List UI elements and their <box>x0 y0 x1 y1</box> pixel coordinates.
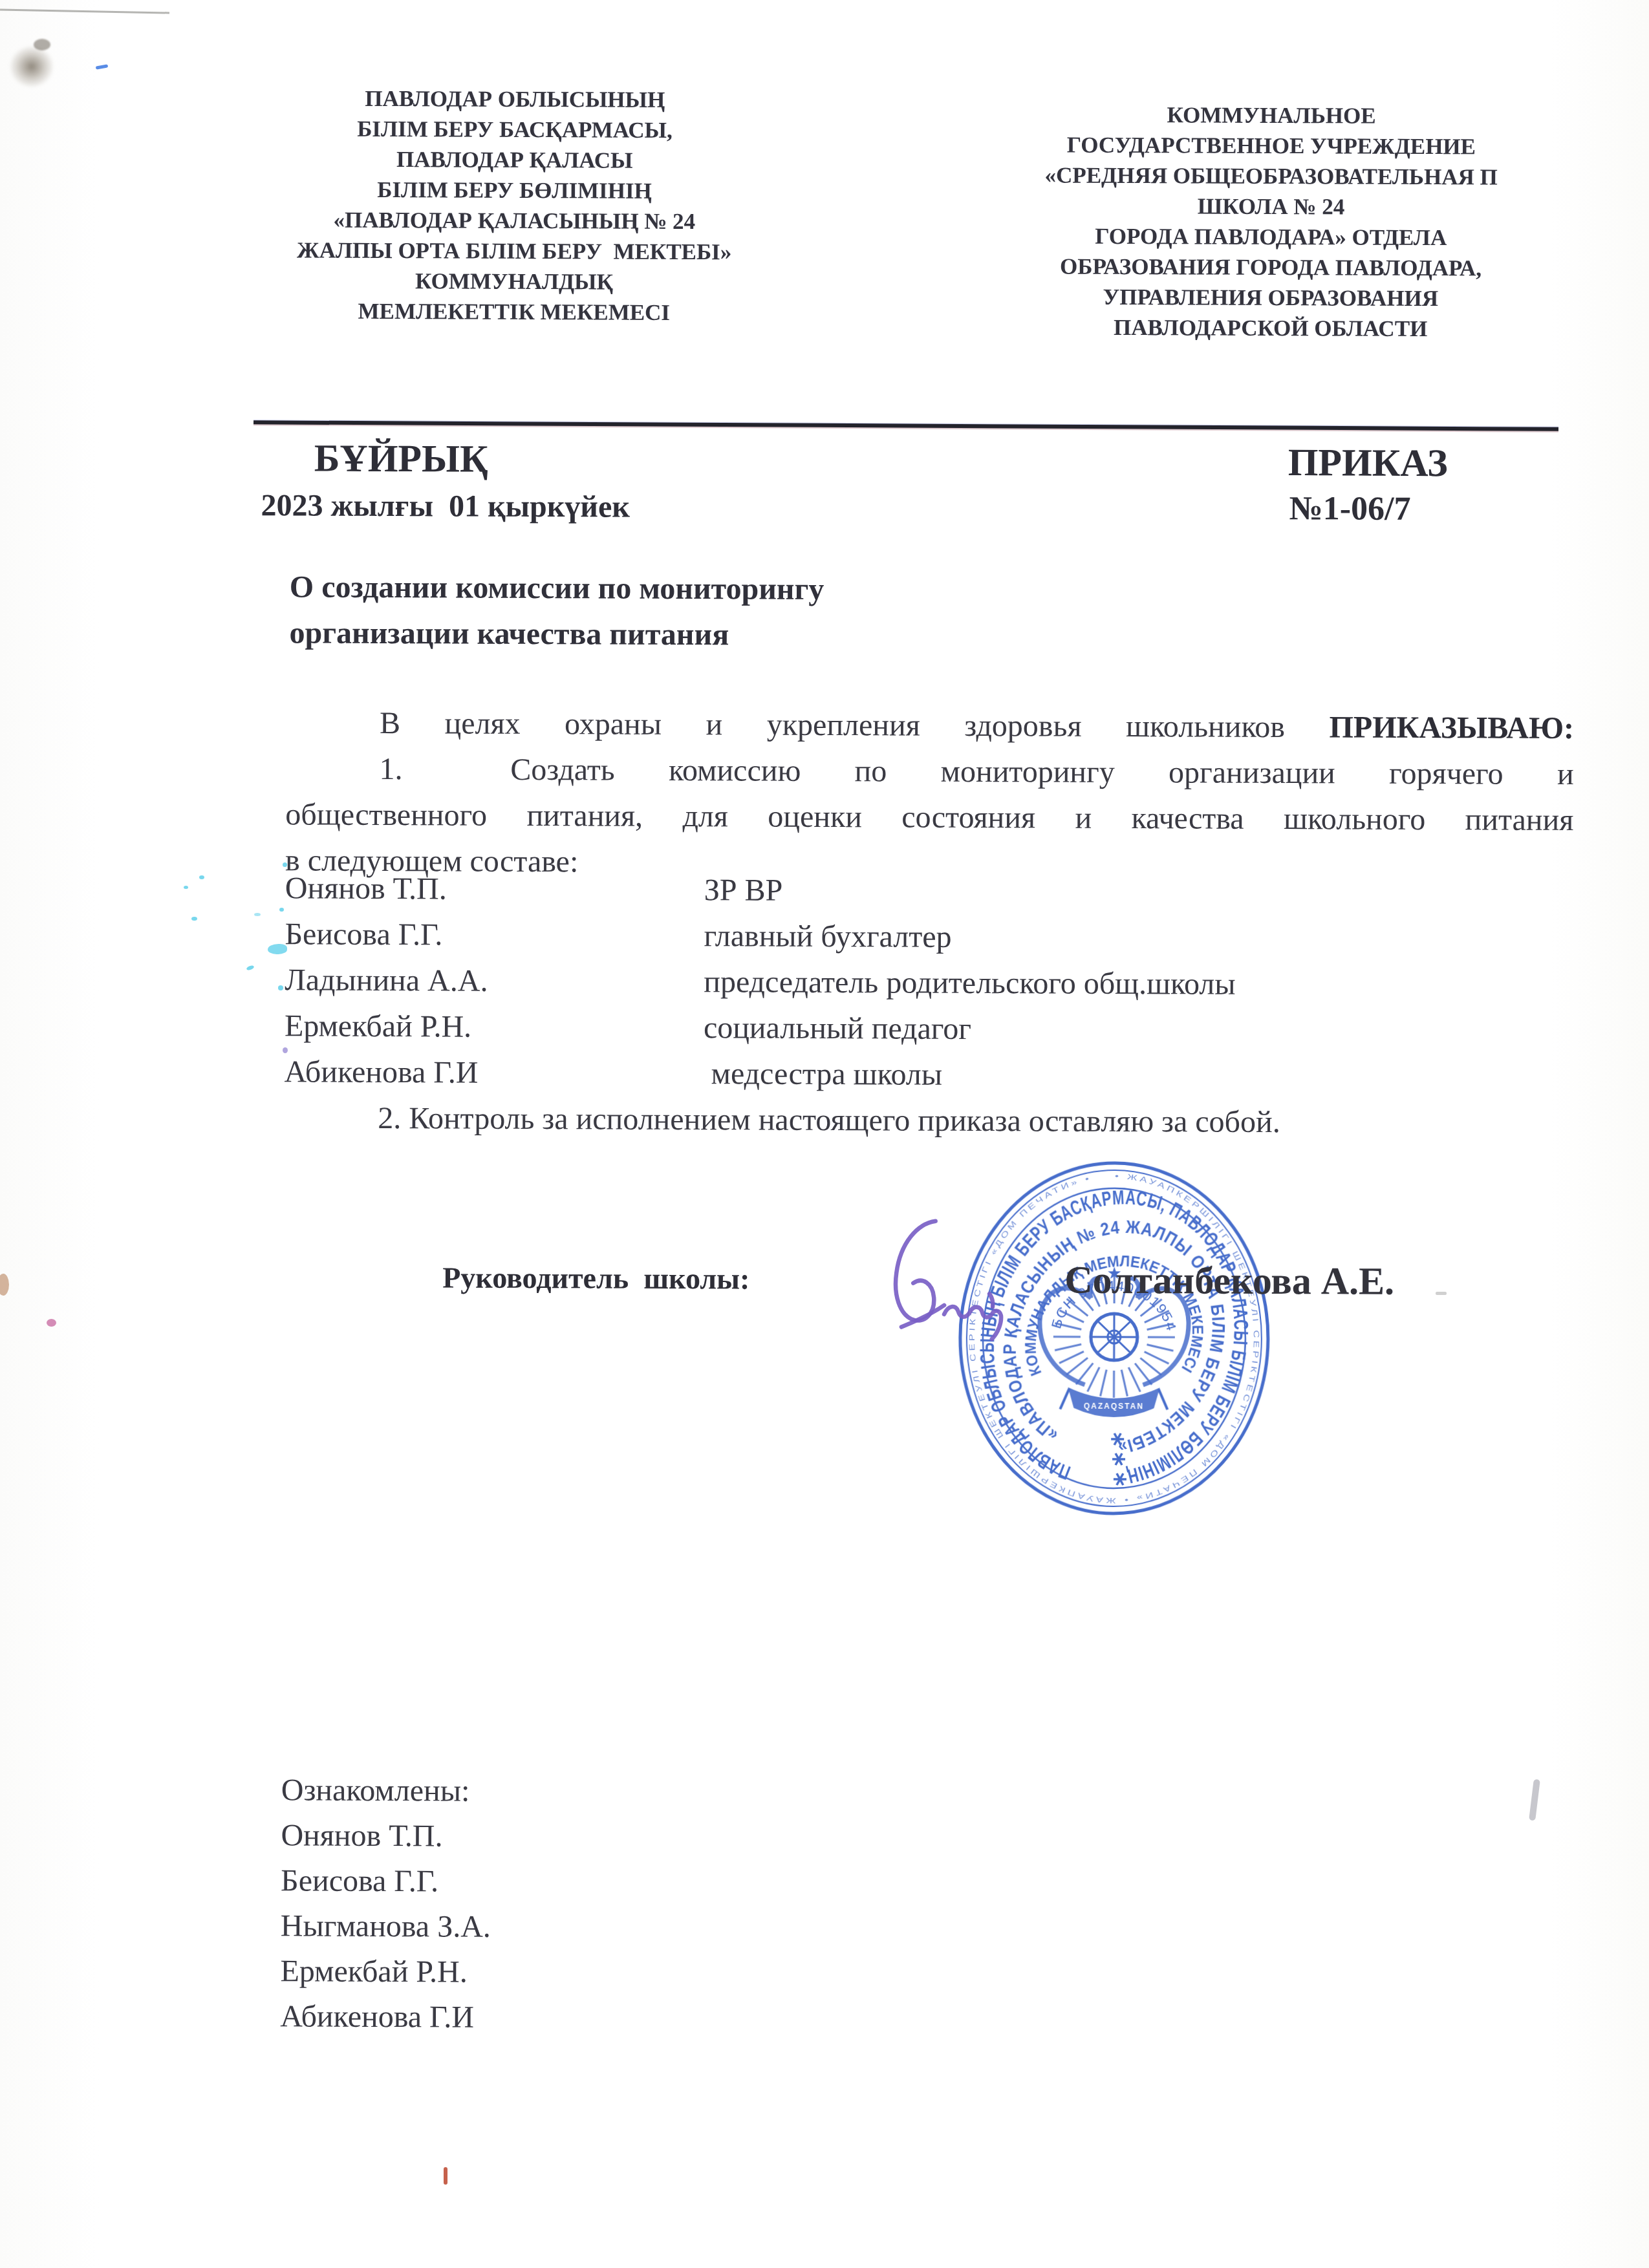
signature-stroke <box>944 1307 1001 1339</box>
subject-line: организации качества питания <box>289 610 1259 660</box>
letterhead-line: ЖАЛПЫ ОРТА БІЛІМ БЕРУ МЕКТЕБІ» <box>259 235 770 267</box>
body-text: В целях охраны и укрепления здоровья шко… <box>380 706 1330 744</box>
letterhead-line: БІЛІМ БЕРУ БАСҚАРМАСЫ, <box>259 113 770 145</box>
letterhead-line: КОММУНАЛЬНОЕ <box>984 99 1559 132</box>
order-point-2: 2. Контроль за исполнением настоящего пр… <box>284 1095 1572 1146</box>
letterhead-line: КОММУНАЛДЫҚ <box>259 265 770 297</box>
letterhead-line: «СРЕДНЯЯ ОБЩЕОБРАЗОВАТЕЛЬНАЯ П <box>984 160 1559 193</box>
acknowledged-name: Беисова Г.Г. <box>281 1858 491 1904</box>
handwritten-signature <box>863 1215 1025 1355</box>
letterhead-russian: КОММУНАЛЬНОЕ ГОСУДАРСТВЕННОЕ УЧРЕЖДЕНИЕ … <box>983 99 1560 345</box>
member-role: председатель родительского общ.школы <box>704 959 1236 1007</box>
member-name: Абикенова Г.И <box>284 1049 703 1097</box>
commission-list: Онянов Т.П. ЗР ВР Беисова Г.Г. главный б… <box>284 865 1579 1100</box>
order-title-russian: ПРИКАЗ <box>1288 440 1448 486</box>
member-name: Онянов Т.П. <box>285 865 704 913</box>
acknowledged-title: Ознакомлены: <box>281 1768 491 1813</box>
member-role: главный бухгалтер <box>704 913 951 960</box>
order-number: №1-06/7 <box>1289 489 1410 528</box>
signature-stroke <box>989 1294 993 1307</box>
letterhead-line: ГОРОДА ПАВЛОДАРА» ОТДЕЛА <box>983 220 1558 253</box>
acknowledged-name: Онянов Т.П. <box>281 1813 491 1859</box>
letterhead-line: ГОСУДАРСТВЕННОЕ УЧРЕЖДЕНИЕ <box>984 129 1559 162</box>
commission-row: Онянов Т.П. ЗР ВР <box>285 865 1579 917</box>
emblem-caption: QAZAQSTAN <box>1084 1402 1144 1411</box>
commission-row: Беисова Г.Г. главный бухгалтер <box>285 911 1578 963</box>
body-line: общественного питания, для оценки состоя… <box>285 791 1573 843</box>
order-subject: О создании комиссии по мониторингу орган… <box>289 564 1260 660</box>
body-line: 1. Создать комиссию по мониторингу орган… <box>286 745 1574 797</box>
letterhead-line: ПАВЛОДАРСКОЙ ОБЛАСТИ <box>983 312 1558 345</box>
body-line: В целях охраны и укрепления здоровья шко… <box>286 700 1574 751</box>
member-name: Ермекбай Р.Н. <box>285 1003 704 1051</box>
letterhead-line: УПРАВЛЕНИЯ ОБРАЗОВАНИЯ <box>983 281 1558 314</box>
document-content: ПАВЛОДАР ОБЛЫСЫНЫҢ БІЛІМ БЕРУ БАСҚАРМАСЫ… <box>0 0 1649 2268</box>
member-name: Беисова Г.Г. <box>285 911 704 959</box>
acknowledged-name: Ермекбай Р.Н. <box>280 1949 490 1995</box>
letterhead-line: ПАВЛОДАР ОБЛЫСЫНЫҢ <box>259 83 770 115</box>
member-role: социальный педагог <box>704 1005 971 1052</box>
member-role: ЗР ВР <box>704 867 783 914</box>
letterhead-line: ОБРАЗОВАНИЯ ГОРОДА ПАВЛОДАРА, <box>983 251 1558 284</box>
letterhead-line: МЕМЛЕКЕТТІК МЕКЕМЕСІ <box>259 295 770 328</box>
horizontal-rule <box>253 420 1558 431</box>
commission-row: Ладынина А.А. председатель родительского… <box>285 957 1578 1009</box>
signature-label: Руководитель школы: <box>442 1260 749 1296</box>
acknowledged-name: Ныгманова З.А. <box>281 1903 491 1949</box>
order-date: 2023 жылғы 01 қыркүйек <box>261 487 630 524</box>
letterhead-line: «ПАВЛОДАР ҚАЛАСЫНЫҢ № 24 <box>259 204 770 237</box>
letterhead-line: ШКОЛА № 24 <box>983 190 1558 223</box>
commission-row: Ермекбай Р.Н. социальный педагог <box>285 1003 1578 1054</box>
letterhead-kazakh: ПАВЛОДАР ОБЛЫСЫНЫҢ БІЛІМ БЕРУ БАСҚАРМАСЫ… <box>259 83 771 328</box>
director-name: Солтанбекова А.Е. <box>1064 1258 1394 1304</box>
letterhead-line: ПАВЛОДАР ҚАЛАСЫ <box>259 144 770 176</box>
signature-stroke <box>896 1221 936 1320</box>
letterhead-line: БІЛІМ БЕРУ БӨЛІМІНІҢ <box>259 174 770 206</box>
commission-row: Абикенова Г.И медсестра школы <box>284 1049 1577 1100</box>
acknowledged-name: Абикенова Г.И <box>280 1994 490 2040</box>
scanned-order-page: ПАВЛОДАР ОБЛЫСЫНЫҢ БІЛІМ БЕРУ БАСҚАРМАСЫ… <box>0 0 1649 2268</box>
member-role: медсестра школы <box>703 1051 942 1098</box>
acknowledged-block: Ознакомлены: Онянов Т.П. Беисова Г.Г. Ны… <box>280 1768 491 2040</box>
order-title-kazakh: БҰЙРЫҚ <box>314 436 488 482</box>
member-name: Ладынина А.А. <box>285 957 704 1005</box>
prikazyvayu-word: ПРИКАЗЫВАЮ: <box>1329 710 1574 745</box>
subject-line: О создании комиссии по мониторингу <box>290 564 1260 614</box>
